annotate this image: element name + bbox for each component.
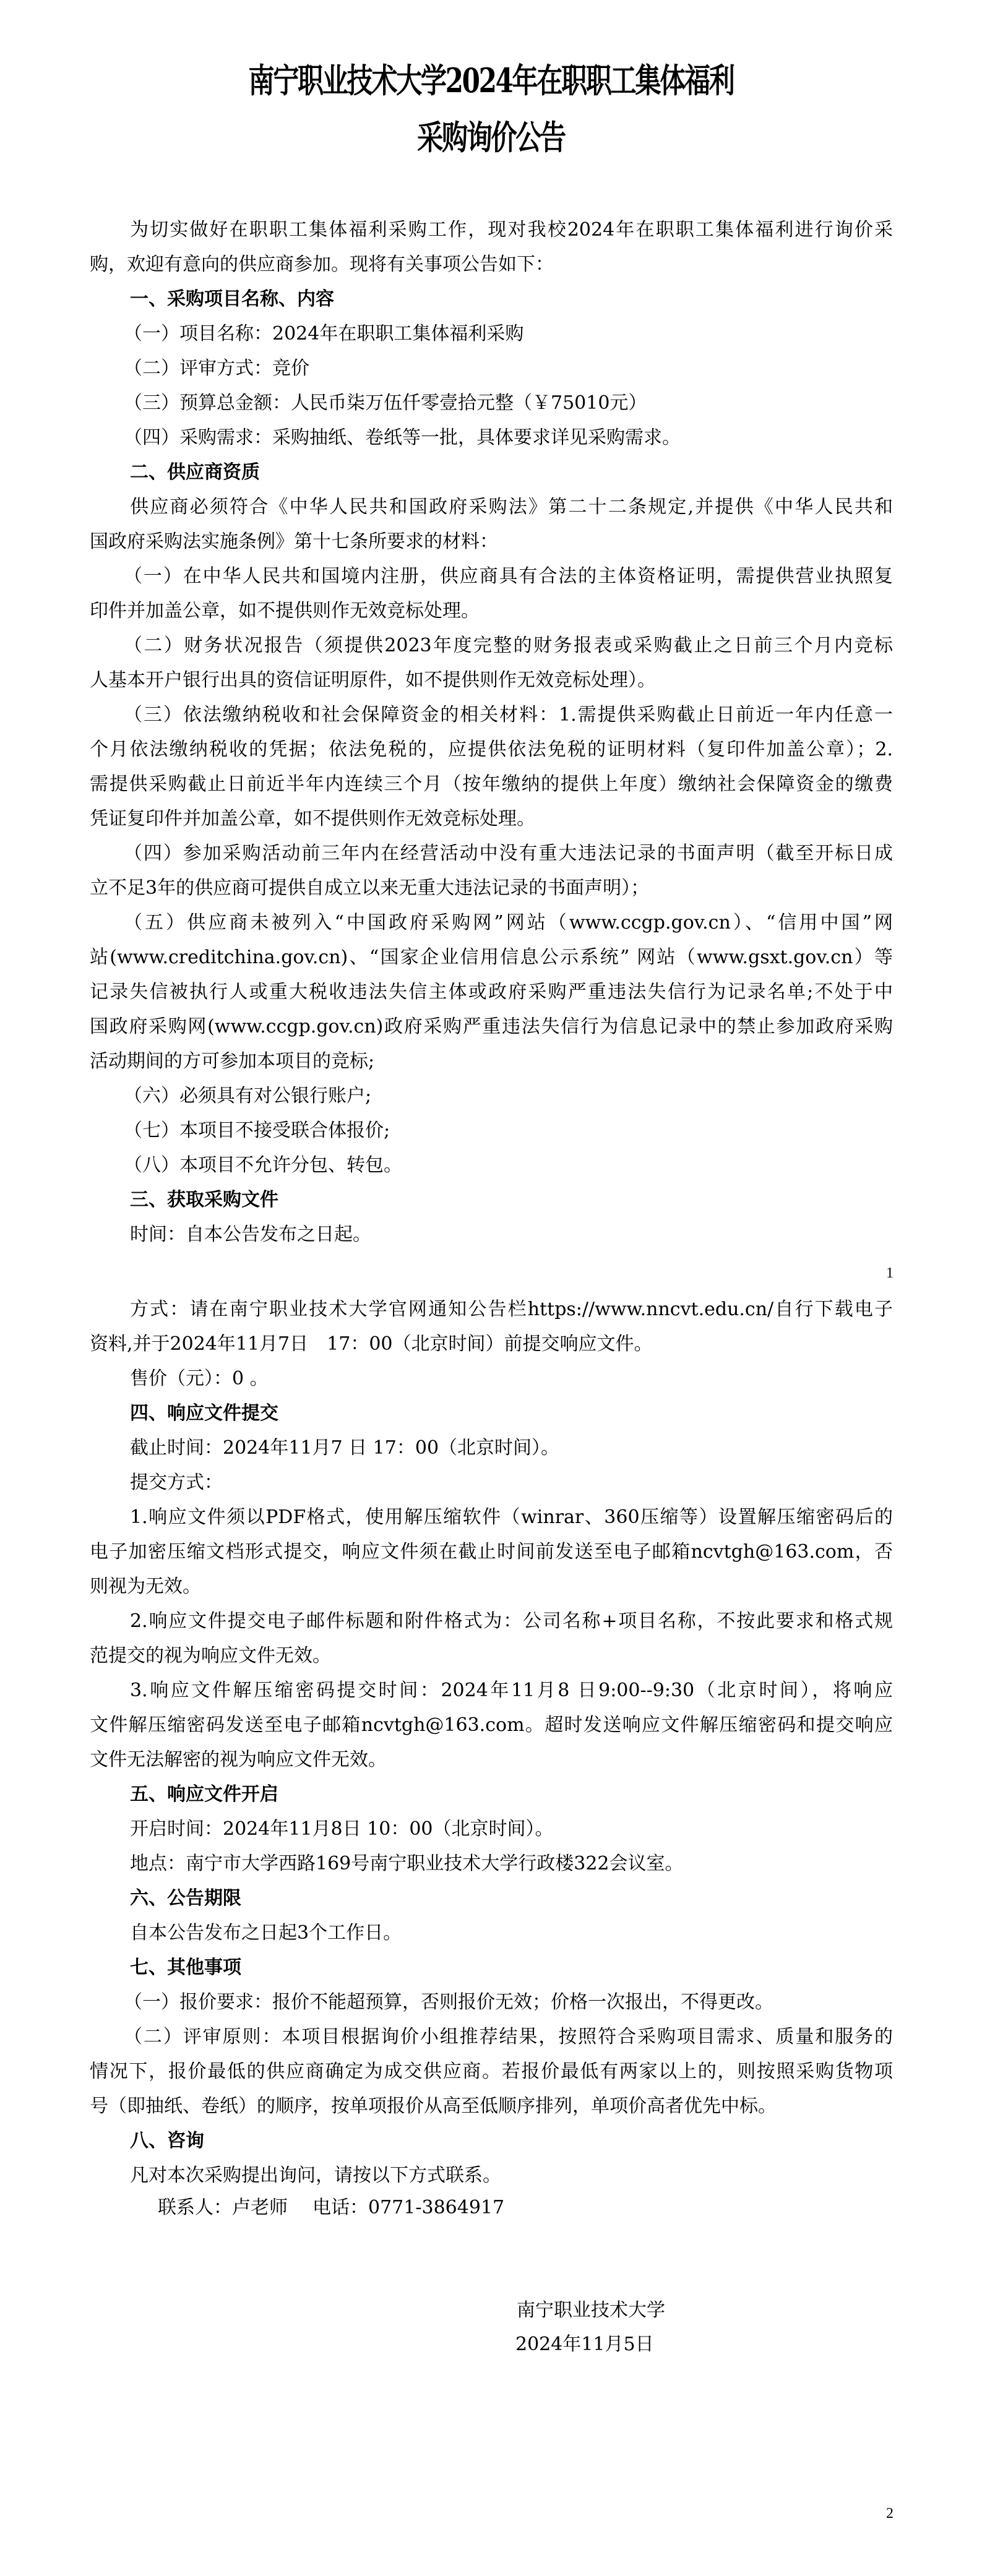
section-heading: 三、获取采购文件	[130, 1190, 934, 1211]
signature-date: 2024年11月5日	[515, 2334, 654, 2355]
paragraph-line: 文件无法解密的视为响应文件无效。	[90, 1750, 894, 1771]
paragraph-line: 凭证复印件并加盖公章，如不提供则作无效竞标处理。	[90, 809, 894, 830]
list-item: （八）本项目不允许分包、转包。	[124, 1155, 928, 1176]
list-item: （四）采购需求：采购抽纸、卷纸等一批，具体要求详见采购需求。	[124, 427, 928, 449]
section-heading: 一、采购项目名称、内容	[130, 289, 934, 310]
paragraph-line: 国政府采购法实施条例》第十七条所要求的材料：	[90, 531, 894, 552]
paragraph-line: 立不足3年的供应商可提供自成立以来无重大违法记录的书面声明）；	[90, 878, 894, 899]
list-item: （一）项目名称：2024年在职职工集体福利采购	[124, 324, 928, 345]
paragraph-line: 提交方式：	[130, 1472, 934, 1493]
intro-line: 为切实做好在职职工集体福利采购工作，现对我校2024年在职职工集体福利进行询价采	[130, 220, 934, 241]
paragraph-line: （四）参加采购活动前三年内在经营活动中没有重大违法记录的书面声明（截至开标日成	[124, 843, 928, 864]
paragraph-line: （二）财务状况报告（须提供2023年度完整的财务报表或采购截止之日前三个月内竞标	[124, 635, 928, 656]
paragraph-line: 号（即抽纸、卷纸）的顺序，按单项报价从高至低顺序排列，单项价高者优先中标。	[90, 2096, 894, 2117]
paragraph-line: 自本公告发布之日起3个工作日。	[130, 1923, 934, 1944]
document-page: 南宁职业技术大学2024年在职职工集体福利 采购询价公告 为切实做好在职职工集体…	[0, 0, 982, 2576]
paragraph-line: （三）依法缴纳税收和社会保障资金的相关材料：1.需提供采购截止日前近一年内任意一	[124, 705, 928, 726]
paragraph-line: （一）在中华人民共和国境内注册，供应商具有合法的主体资格证明，需提供营业执照复	[124, 566, 928, 587]
paragraph-line: 情况下，报价最低的供应商确定为成交供应商。若报价最低有两家以上的，则按照采购货物…	[90, 2061, 894, 2082]
paragraph-line: 范提交的视为响应文件无效。	[90, 1646, 894, 1667]
paragraph-line: 地点：南宁市大学西路169号南宁职业技术大学行政楼322会议室。	[130, 1853, 934, 1874]
paragraph-line: 印件并加盖公章，如不提供则作无效竞标处理。	[90, 601, 894, 622]
paragraph-line: 方式：请在南宁职业技术大学官网通知公告栏https://www.nncvt.ed…	[130, 1299, 934, 1320]
paragraph-line: 2.响应文件提交电子邮件标题和附件格式为：公司名称+项目名称，不按此要求和格式规	[130, 1611, 934, 1632]
paragraph-line: 活动期间的方可参加本项目的竞标;	[90, 1051, 894, 1072]
contact-phone: 电话：0771-3864917	[312, 2197, 982, 2218]
paragraph-line: 人基本开户银行出具的资信证明原件，如不提供则作无效竞标处理）。	[90, 670, 894, 691]
section-heading: 二、供应商资质	[130, 462, 934, 483]
paragraph-line: （五）供应商未被列入“中国政府采购网”网站（www.ccgp.gov.cn）、“…	[124, 912, 928, 934]
section-heading: 六、公告期限	[130, 1888, 934, 1909]
paragraph-line: 凡对本次采购提出询问，请按以下方式联系。	[130, 2165, 934, 2186]
paragraph-line: 记录失信被执行人或重大税收违法失信主体或政府采购严重违法失信行为记录名单;不处于…	[90, 982, 894, 1003]
paragraph-line: 售价（元）：0 。	[130, 1368, 934, 1389]
document-title-line2: 采购询价公告	[108, 119, 874, 156]
list-item: （六）必须具有对公银行账户;	[124, 1086, 928, 1107]
list-item: （七）本项目不接受联合体报价;	[124, 1120, 928, 1141]
paragraph-line: 电子加密压缩文档形式提交，响应文件须在截止时间前发送至电子邮箱ncvtgh@16…	[90, 1542, 894, 1563]
section-heading: 七、其他事项	[130, 1957, 934, 1978]
paragraph-line: 国政府采购网(www.ccgp.gov.cn)政府采购严重违法失信行为信息记录中…	[90, 1016, 894, 1037]
paragraph-line: 资料,并于2024年11月7日 17：00（北京时间）前提交响应文件。	[90, 1334, 894, 1355]
paragraph-line: （二）评审原则：本项目根据询价小组推荐结果，按照符合采购项目需求、质量和服务的	[124, 2027, 928, 2048]
paragraph-line: 个月依法缴纳税收的凭据；依法免税的，应提供依法免税的证明材料（复印件加盖公章）；…	[90, 739, 894, 760]
page-number: 2	[886, 2505, 894, 2522]
paragraph-line: 则视为无效。	[90, 1576, 894, 1597]
paragraph-line: 文件解压缩密码发送至电子邮箱ncvtgh@163.com。超时发送响应文件解压缩…	[90, 1715, 894, 1736]
paragraph-line: 1.响应文件须以PDF格式，使用解压缩软件（winrar、360压缩等）设置解压…	[130, 1507, 934, 1528]
section-heading: 八、咨询	[130, 2131, 934, 2152]
list-item: （三）预算总金额：人民币柒万伍仟零壹拾元整（￥75010元）	[124, 393, 928, 414]
section-heading: 四、响应文件提交	[130, 1403, 934, 1424]
list-item: （二）评审方式：竞价	[124, 358, 928, 379]
paragraph-line: 开启时间：2024年11月8日 10：00（北京时间）。	[130, 1819, 934, 1840]
paragraph-line: 3.响应文件解压缩密码提交时间：2024年11月8 日9:00--9:30（北京…	[130, 1680, 934, 1701]
document-title-line1: 南宁职业技术大学2024年在职职工集体福利	[108, 62, 874, 99]
paragraph-line: 需提供采购截止日前近半年内连续三个月（按年缴纳的提供上年度）缴纳社会保障资金的缴…	[90, 774, 894, 795]
intro-line: 购，欢迎有意向的供应商参加。现将有关事项公告如下：	[90, 254, 894, 275]
signature-org: 南宁职业技术大学	[517, 2300, 665, 2321]
paragraph-line: 站(www.creditchina.gov.cn)、“国家企业信用信息公示系统”…	[90, 947, 894, 968]
paragraph-line: 供应商必须符合《中华人民共和国政府采购法》第二十二条规定,并提供《中华人民共和	[130, 497, 934, 518]
paragraph-line: 截止时间：2024年11月7 日 17：00（北京时间）。	[130, 1438, 934, 1459]
section-heading: 五、响应文件开启	[130, 1784, 934, 1805]
list-item: （一）报价要求：报价不能超预算，否则报价无效；价格一次报出，不得更改。	[124, 1992, 928, 2013]
paragraph-line: 时间：自本公告发布之日起。	[130, 1224, 934, 1245]
page-number: 1	[886, 1265, 894, 1281]
